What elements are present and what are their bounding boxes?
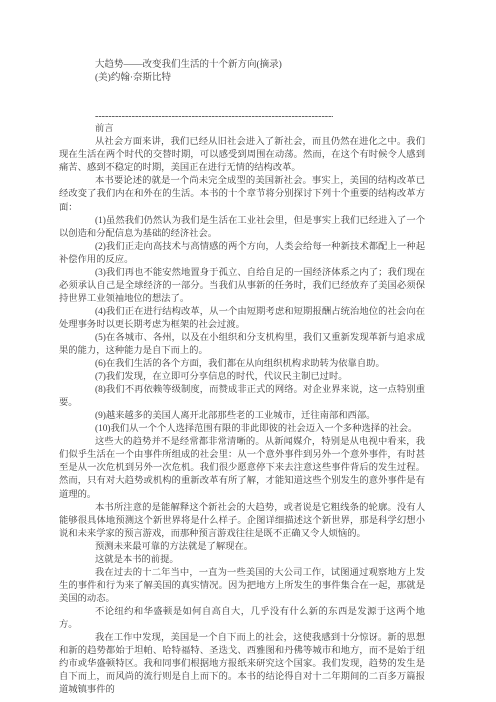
paragraph: (6)在我们生活的各个方面，我们都在从向组织机构求助转为依靠自助。 [59, 358, 425, 371]
paragraph: 本书要论述的就是一个尚未完全成型的美国新社会。事实上，美国的结构改革已经改变了我… [59, 175, 425, 214]
paragraph: (2)我们正走向高技术与高情感的两个方向，人类会给每一种新技术都配上一种起补偿作… [59, 241, 425, 267]
title-block: 大趋势——改变我们生活的十个新方向(摘录) (美)约翰·奈斯比特 [59, 59, 425, 86]
paragraph: (7)我们发现，在立即可分享信息的时代，代议民主制已过时。 [59, 371, 425, 384]
document-title: 大趋势——改变我们生活的十个新方向(摘录) [95, 59, 425, 72]
paragraph: 我在过去的十二年当中，一直为一些美国的大公司工作，试图通过观察地方上发生的事件和… [59, 567, 425, 606]
paragraph: (3)我们再也不能安然地置身于孤立、自给自足的一国经济体系之内了；我们现在必须承… [59, 267, 425, 306]
paragraph: 预测未来最可靠的方法就是了解现在。 [59, 541, 425, 554]
paragraph: (10)我们从一个个人选择范围有限的非此即彼的社会迈入一个多种选择的社会。 [59, 423, 425, 436]
preface-heading: 前言 [59, 123, 425, 136]
section-divider: ----------------------------------------… [95, 110, 333, 123]
paragraph: 我在工作中发现，美国是一个自下而上的社会，这使我感到十分惊讶。新的思想和新的趋势… [59, 632, 425, 697]
paragraph: (8)我们不再依赖等级制度，而赞成非正式的网络。对企业界来说，这一点特别重要。 [59, 384, 425, 410]
paragraph: (9)越来越多的美国人离开北部那些老的工业城市，迁往南部和西部。 [59, 410, 425, 423]
paragraph: (5)在各城市、各州，以及在小组织和分支机构里，我们又重新发现革新与追求成果的能… [59, 332, 425, 358]
document-page: 大趋势——改变我们生活的十个新方向(摘录) (美)约翰·奈斯比特 -------… [0, 0, 496, 702]
paragraph: 不论纽约和华盛顿是如何自高自大，几乎没有什么新的东西是发源于这两个地方。 [59, 606, 425, 632]
paragraph: 从社会方面来讲，我们已经从旧社会进入了新社会，而且仍然在进化之中。我们现在生活在… [59, 136, 425, 175]
preface-body: 从社会方面来讲，我们已经从旧社会进入了新社会，而且仍然在进化之中。我们现在生活在… [59, 136, 425, 697]
paragraph: (1)虽然我们仍然认为我们是生活在工业社会里，但是事实上我们已经进入了一个以创造… [59, 215, 425, 241]
page-content: 大趋势——改变我们生活的十个新方向(摘录) (美)约翰·奈斯比特 -------… [59, 59, 425, 697]
paragraph: 这些大的趋势并不是经常都非常清晰的。从新闻媒介，特别是从电视中看来，我们似乎生活… [59, 436, 425, 501]
paragraph: (4)我们正在进行结构改革，从一个由短期考虑和短期报酬占统治地位的社会向在处理事… [59, 306, 425, 332]
paragraph: 这就是本书的前提。 [59, 554, 425, 567]
paragraph: 本书所注意的是能解释这个新社会的大趋势，或者说是它粗线条的轮廓。没有人能够很具体… [59, 502, 425, 541]
document-author: (美)约翰·奈斯比特 [95, 72, 425, 85]
